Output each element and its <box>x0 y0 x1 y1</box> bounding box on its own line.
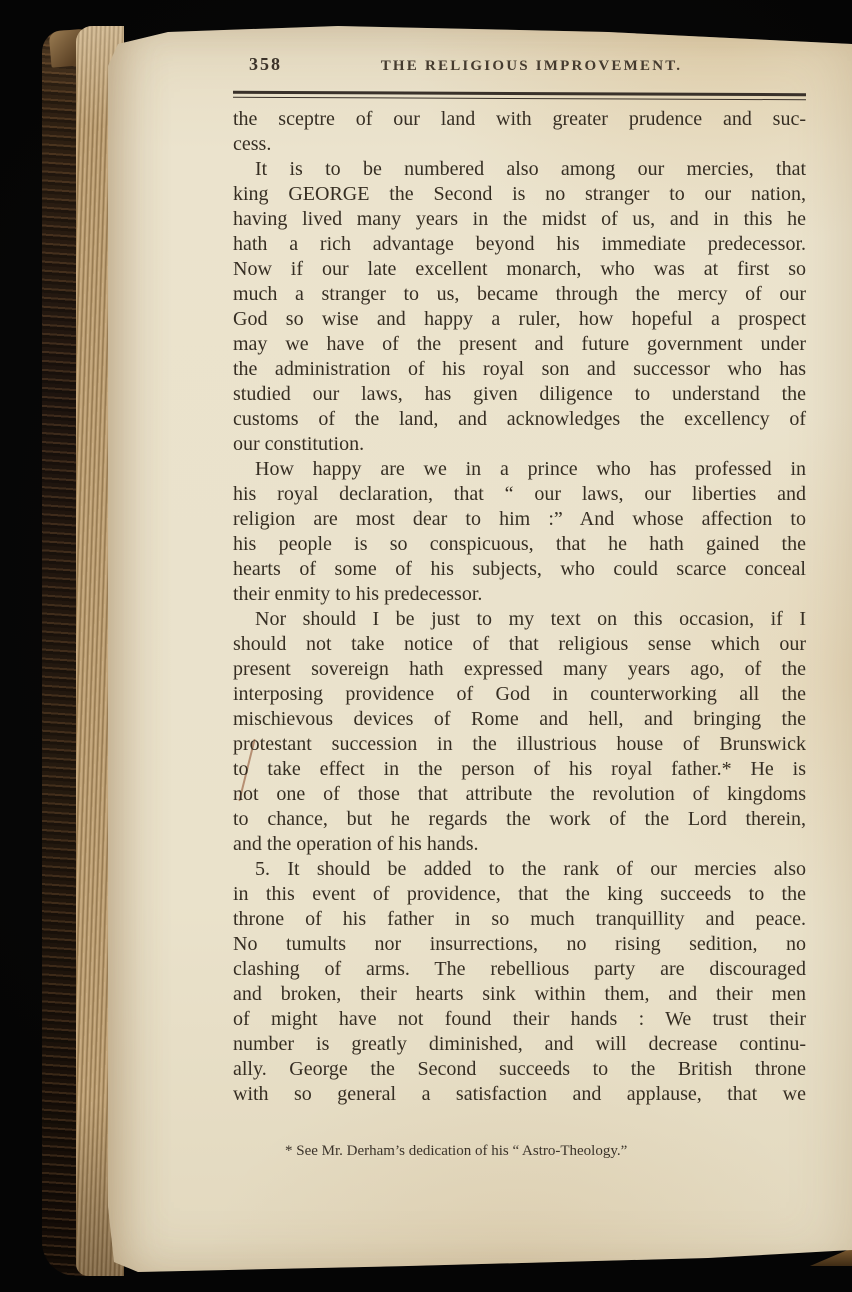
book-page: 358 THE RELIGIOUS IMPROVEMENT. the scept… <box>108 26 852 1274</box>
page-number: 358 <box>249 54 282 75</box>
body-line: and the operation of his hands. <box>233 832 806 857</box>
body-line: the administration of his royal son and … <box>233 357 806 382</box>
body-line: It is to be numbered also among our merc… <box>233 157 806 182</box>
body-line: present sovereign hath expressed many ye… <box>233 657 806 682</box>
body-line: Nor should I be just to my text on this … <box>233 607 806 632</box>
book-photo: 358 THE RELIGIOUS IMPROVEMENT. the scept… <box>0 0 852 1292</box>
body-line: may we have of the present and future go… <box>233 332 806 357</box>
body-line: clashing of arms. The rebellious party a… <box>233 957 806 982</box>
body-line: hearts of some of his subjects, who coul… <box>233 557 806 582</box>
body-line: mischievous devices of Rome and hell, an… <box>233 707 806 732</box>
body-line: customs of the land, and acknowledges th… <box>233 407 806 432</box>
body-line: with so general a satisfaction and appla… <box>233 1082 806 1107</box>
body-line: of might have not found their hands : We… <box>233 1007 806 1032</box>
body-line: king GEORGE the Second is no stranger to… <box>233 182 806 207</box>
header-rule <box>233 91 806 101</box>
body-line: No tumults nor insurrections, no rising … <box>233 932 806 957</box>
body-line: to take effect in the person of his roya… <box>233 757 806 782</box>
body-line: ally. George the Second succeeds to the … <box>233 1057 806 1082</box>
body-line: our constitution. <box>233 432 806 457</box>
body-line: his royal declaration, that “ our laws, … <box>233 482 806 507</box>
body-line: having lived many years in the midst of … <box>233 207 806 232</box>
running-head: THE RELIGIOUS IMPROVEMENT. <box>381 58 683 75</box>
body-line: not one of those that attribute the revo… <box>233 782 806 807</box>
page-header: 358 THE RELIGIOUS IMPROVEMENT. <box>233 54 806 76</box>
body-line: the sceptre of our land with greater pru… <box>233 107 806 132</box>
body-text: the sceptre of our land with greater pru… <box>233 107 806 1107</box>
body-line: religion are most dear to him :” And who… <box>233 507 806 532</box>
body-line: Now if our late excellent monarch, who w… <box>233 257 806 282</box>
body-line: their enmity to his predecessor. <box>233 582 806 607</box>
body-line: should not take notice of that religious… <box>233 632 806 657</box>
body-line: throne of his father in so much tranquil… <box>233 907 806 932</box>
body-line: cess. <box>233 132 806 157</box>
body-line: and broken, their hearts sink within the… <box>233 982 806 1007</box>
text-column: 358 THE RELIGIOUS IMPROVEMENT. the scept… <box>233 26 806 1160</box>
body-line: number is greatly diminished, and will d… <box>233 1032 806 1057</box>
body-line: protestant succession in the illustrious… <box>233 732 806 757</box>
body-line: much a stranger to us, became through th… <box>233 282 806 307</box>
body-line: How happy are we in a prince who has pro… <box>233 457 806 482</box>
footnote: * See Mr. Derham’s dedication of his “ A… <box>285 1143 806 1160</box>
body-line: 5. It should be added to the rank of our… <box>233 857 806 882</box>
body-line: to chance, but he regards the work of th… <box>233 807 806 832</box>
body-line: interposing providence of God in counter… <box>233 682 806 707</box>
body-line: hath a rich advantage beyond his immedia… <box>233 232 806 257</box>
body-line: God so wise and happy a ruler, how hopef… <box>233 307 806 332</box>
body-line: studied our laws, has given diligence to… <box>233 382 806 407</box>
body-line: his people is so conspicuous, that he ha… <box>233 532 806 557</box>
body-line: in this event of providence, that the ki… <box>233 882 806 907</box>
